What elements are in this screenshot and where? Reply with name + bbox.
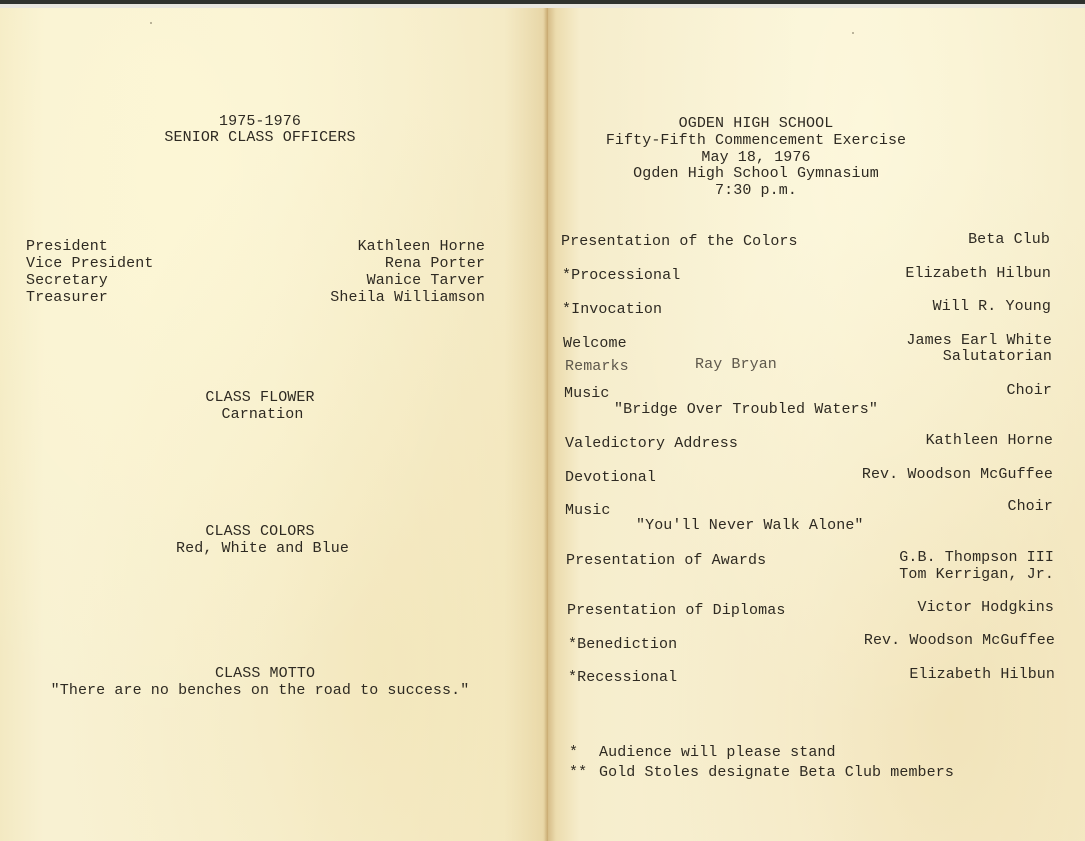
officer-role: Secretary: [26, 272, 108, 289]
class-colors-value: Red, White and Blue: [110, 540, 415, 557]
school-name: OGDEN HIGH SCHOOL: [606, 115, 906, 132]
class-year: 1975-1976: [160, 113, 360, 130]
program-item-title: Presentation of the Colors: [561, 233, 798, 250]
program-item-person: Will R. Young: [798, 298, 1051, 315]
right-page: OGDEN HIGH SCHOOL Fifty-Fifth Commenceme…: [548, 8, 1085, 841]
paper-speck: [150, 22, 152, 24]
program-item-title: Music: [565, 502, 611, 519]
officer-name: Kathleen Horne: [280, 238, 485, 255]
program-item-detail: "Bridge Over Troubled Waters": [614, 401, 878, 418]
program-item-person: Elizabeth Hilbun: [798, 666, 1055, 683]
program-item-person: Choir: [798, 382, 1052, 399]
class-motto-value: "There are no benches on the road to suc…: [10, 682, 510, 699]
class-motto-heading: CLASS MOTTO: [115, 665, 415, 682]
program-item-person: Kathleen Horne: [798, 432, 1053, 449]
program-item-person: Victor Hodgkins: [798, 599, 1054, 616]
class-colors-heading: CLASS COLORS: [110, 523, 410, 540]
event-title: Fifty-Fifth Commencement Exercise: [566, 132, 946, 149]
program-item-person: Beta Club: [798, 231, 1050, 248]
event-venue: Ogden High School Gymnasium: [578, 165, 934, 182]
program-item-person: Elizabeth Hilbun: [798, 265, 1051, 282]
footnote-text: Gold Stoles designate Beta Club members: [599, 764, 954, 781]
class-flower-heading: CLASS FLOWER: [110, 389, 410, 406]
program-item-title: Music: [564, 385, 610, 402]
program-item-title: *Processional: [562, 267, 680, 284]
footnote-text: Audience will please stand: [599, 744, 836, 761]
program-item-title: Remarks: [565, 358, 629, 375]
program-item-person: Rev. Woodson McGuffee: [798, 632, 1055, 649]
program-item-person-line2: Tom Kerrigan, Jr.: [798, 566, 1054, 583]
program-item-title: *Benediction: [568, 636, 677, 653]
class-flower-value: Carnation: [110, 406, 415, 423]
program-item-title: Welcome: [563, 335, 627, 352]
left-page: 1975-1976 SENIOR CLASS OFFICERS Presiden…: [0, 8, 548, 841]
paper-speck: [852, 32, 854, 34]
program-item-detail: "You'll Never Walk Alone": [636, 517, 864, 534]
program-item-person: Choir: [798, 498, 1053, 515]
officer-role: Treasurer: [26, 289, 108, 306]
program-item-title: Presentation of Awards: [566, 552, 766, 569]
program-item-person: James Earl White: [798, 332, 1052, 349]
program-item-person: Rev. Woodson McGuffee: [798, 466, 1053, 483]
program-item-title: Presentation of Diplomas: [567, 602, 785, 619]
program-item-person: Ray Bryan: [695, 356, 777, 373]
officer-name: Rena Porter: [280, 255, 485, 272]
officer-name: Sheila Williamson: [280, 289, 485, 306]
program-item-title: Devotional: [565, 469, 656, 486]
officer-role: President: [26, 238, 108, 255]
program-item-title: Valedictory Address: [565, 435, 738, 452]
footnote-mark: **: [569, 764, 587, 781]
footnote-mark: *: [569, 744, 578, 761]
program-item-person: G.B. Thompson III: [798, 549, 1054, 566]
event-time: 7:30 p.m.: [606, 182, 906, 199]
program-item-title: *Invocation: [562, 301, 662, 318]
officer-role: Vice President: [26, 255, 153, 272]
program-item-title: *Recessional: [568, 669, 677, 686]
program-item-person-title: Salutatorian: [798, 348, 1052, 365]
officer-name: Wanice Tarver: [280, 272, 485, 289]
officers-heading: SENIOR CLASS OFFICERS: [110, 129, 410, 146]
event-date: May 18, 1976: [606, 149, 906, 166]
